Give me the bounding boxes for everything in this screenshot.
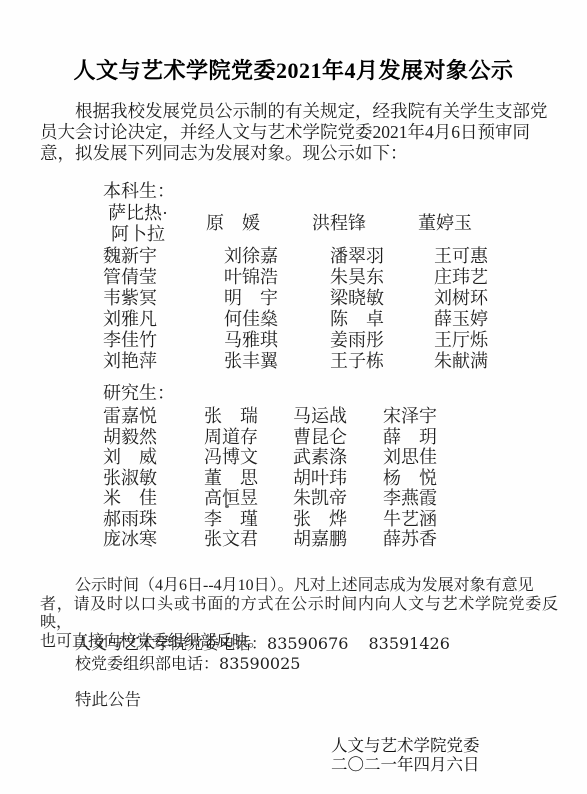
name-row: 刘雅凡何佳燊陈 卓薛玉婷 [0, 309, 587, 330]
text-line: 员大会讨论决定，并经人文与艺术学院党委2021年4月6日预审同 [40, 122, 554, 143]
person-name: 刘徐嘉 [224, 246, 278, 267]
person-name: 庞冰寒 [103, 529, 157, 550]
person-name: 冯博文 [204, 447, 258, 468]
name-row: 魏新宇刘徐嘉潘翠羽王可惠 [0, 246, 587, 267]
person-name: 胡嘉鹏 [293, 529, 347, 550]
person-name: 董婷玉 [418, 213, 472, 234]
contact-block: 人文与艺术学院党委电话：8359067683591426 校党委组织部电话：83… [75, 635, 450, 674]
name-row: 米 佳高恒昱朱凯帝李燕霞 [0, 488, 587, 509]
person-name: 郝雨珠 [103, 509, 157, 530]
person-name: 朱献满 [434, 351, 488, 372]
name-row: 郝雨珠李 瑾张 烨牛艺涵 [0, 509, 587, 530]
scan-artifact-dot [225, 505, 229, 508]
signature-org: 人文与艺术学院党委 [331, 736, 480, 755]
intro-paragraph: 根据我校发展党员公示制的有关规定，经我院有关学生支部党员大会讨论决定，并经人文与… [40, 101, 554, 164]
text-line: 者，请及时以口头或书面的方式在公示时间内向人文与艺术学院党委反映， [40, 596, 558, 633]
closing-statement: 特此公告 [75, 686, 141, 710]
person-name: 高恒昱 [204, 488, 258, 509]
text-line: 意，拟发展下列同志为发展对象。现公示如下： [40, 143, 554, 164]
person-name: 牛艺涵 [383, 509, 437, 530]
section-label-grad: 研究生： [103, 379, 175, 405]
person-name: 明 宇 [224, 288, 278, 309]
person-name: 周道存 [204, 427, 258, 448]
name-row: 萨比热· 阿卜拉原 媛洪程锋董婷玉 [0, 202, 587, 246]
person-name: 王可惠 [434, 246, 488, 267]
signature-date: 二〇二一年四月六日 [331, 755, 480, 774]
person-name: 叶锦浩 [224, 267, 278, 288]
name-row: 刘 威冯博文武素涤刘思佳 [0, 447, 587, 468]
contact-label: 校党委组织部电话： [75, 656, 219, 673]
person-name: 李燕霞 [383, 488, 437, 509]
section-label-undergrad: 本科生： [103, 177, 175, 203]
person-name: 陈 卓 [330, 309, 384, 330]
text-line: 根据我校发展党员公示制的有关规定，经我院有关学生支部党 [40, 101, 554, 122]
name-table-grad: 雷嘉悦张 瑞马运战宋泽宇胡毅然周道存曹昆仑薛 玥刘 威冯博文武素涤刘思佳张淑敏董… [0, 406, 587, 550]
person-name: 张 瑞 [204, 406, 258, 427]
phone-number: 83591426 [368, 634, 449, 653]
person-name: 胡毅然 [103, 427, 157, 448]
person-name: 武素涤 [293, 447, 347, 468]
person-name: 薛 玥 [383, 427, 437, 448]
person-name: 马运战 [293, 406, 347, 427]
person-name: 朱昊东 [330, 267, 384, 288]
name-row: 刘艳萍张丰翼王子栋朱献满 [0, 351, 587, 372]
name-row: 韦紫冥明 宇梁晓敏刘树环 [0, 288, 587, 309]
person-name: 魏新宇 [103, 246, 157, 267]
person-name: 原 媛 [206, 213, 260, 234]
name-row: 李佳竹马雅琪姜雨彤王厅烁 [0, 330, 587, 351]
person-name: 米 佳 [103, 488, 157, 509]
person-name: 刘雅凡 [103, 309, 157, 330]
person-name: 王子栋 [330, 351, 384, 372]
person-name: 管倩莹 [103, 267, 157, 288]
person-name: 刘 威 [103, 447, 157, 468]
person-name: 萨比热· 阿卜拉 [100, 203, 176, 245]
name-table-undergrad: 萨比热· 阿卜拉原 媛洪程锋董婷玉魏新宇刘徐嘉潘翠羽王可惠管倩莹叶锦浩朱昊东庄玮… [0, 202, 587, 372]
person-name: 梁晓敏 [330, 288, 384, 309]
phone-number: 83590676 [267, 634, 348, 653]
page-title: 人文与艺术学院党委2021年4月发展对象公示 [0, 54, 587, 85]
person-name: 张丰翼 [224, 351, 278, 372]
person-name: 曹昆仑 [293, 427, 347, 448]
contact-label: 人文与艺术学院党委电话： [75, 636, 267, 653]
person-name: 董 思 [204, 468, 258, 489]
person-name: 张 烨 [293, 509, 347, 530]
person-name: 姜雨彤 [330, 330, 384, 351]
person-name: 洪程锋 [312, 213, 366, 234]
person-name: 雷嘉悦 [103, 406, 157, 427]
person-name: 刘树环 [434, 288, 488, 309]
name-row: 胡毅然周道存曹昆仑薛 玥 [0, 427, 587, 448]
person-name: 刘思佳 [383, 447, 437, 468]
person-name: 李 瑾 [204, 509, 258, 530]
person-name: 何佳燊 [224, 309, 278, 330]
name-row: 庞冰寒张文君胡嘉鹏薛苏香 [0, 529, 587, 550]
person-name: 朱凯帝 [293, 488, 347, 509]
name-row: 管倩莹叶锦浩朱昊东庄玮艺 [0, 267, 587, 288]
contact-line-college: 人文与艺术学院党委电话：8359067683591426 [75, 635, 450, 655]
person-name: 张文君 [204, 529, 258, 550]
person-name: 潘翠羽 [330, 246, 384, 267]
phone-number: 83590025 [219, 654, 300, 673]
name-row: 张淑敏董 思胡叶玮杨 悦 [0, 468, 587, 489]
person-name: 杨 悦 [383, 468, 437, 489]
name-row: 雷嘉悦张 瑞马运战宋泽宇 [0, 406, 587, 427]
person-name: 薛玉婷 [434, 309, 488, 330]
text-line: 公示时间（4月6日--4月10日）。凡对上述同志成为发展对象有意见 [40, 577, 558, 596]
person-name: 张淑敏 [103, 468, 157, 489]
signature-block: 人文与艺术学院党委 二〇二一年四月六日 [331, 736, 480, 774]
person-name: 王厅烁 [434, 330, 488, 351]
contact-line-university: 校党委组织部电话：83590025 [75, 655, 450, 675]
person-name: 宋泽宇 [383, 406, 437, 427]
person-name: 胡叶玮 [293, 468, 347, 489]
person-name: 刘艳萍 [103, 351, 157, 372]
person-name: 薛苏香 [383, 529, 437, 550]
person-name: 李佳竹 [103, 330, 157, 351]
person-name: 韦紫冥 [103, 288, 157, 309]
person-name: 庄玮艺 [434, 267, 488, 288]
person-name: 马雅琪 [224, 330, 278, 351]
document-page: 人文与艺术学院党委2021年4月发展对象公示 根据我校发展党员公示制的有关规定，… [0, 0, 587, 794]
